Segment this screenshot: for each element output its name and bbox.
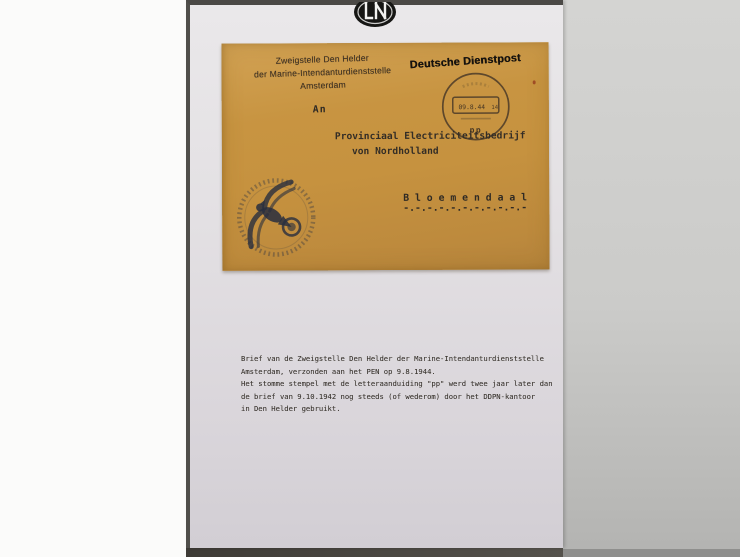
caption-line: Het stomme stempel met de letteraanduidi…: [241, 378, 561, 391]
caption-line: Brief van de Zweigstelle Den Helder der …: [241, 353, 561, 366]
sender-handstamp: Zweigstelle Den Helder der Marine-Intend…: [241, 51, 404, 95]
caption-line: de brief van 9.10.1942 nog steeds (of we…: [241, 391, 561, 404]
postmark-hour: 14: [491, 105, 498, 111]
photo-backdrop-right: [563, 0, 740, 557]
album-page: Zweigstelle Den Helder der Marine-Intend…: [186, 0, 563, 548]
monogram-logo-icon: [353, 2, 397, 29]
eagle-seal-stamp: [226, 167, 326, 267]
typed-caption: Brief van de Zweigstelle Den Helder der …: [241, 353, 561, 416]
deutsche-dienstpost-marking: Deutsche Dienstpost: [409, 52, 521, 71]
envelope: Zweigstelle Den Helder der Marine-Intend…: [222, 42, 550, 270]
address-region: von Nordholland: [352, 146, 439, 157]
stain-speck: [533, 80, 536, 84]
address-salutation: An: [313, 104, 327, 115]
address-recipient: Provinciaal Electriciteitsbedrijf: [335, 130, 526, 142]
postmark-date: 09.8.44: [458, 104, 485, 111]
photo-backdrop-bottom-edge: [186, 548, 563, 557]
caption-line: Amsterdam, verzonden aan het PEN op 9.8.…: [241, 366, 561, 379]
address-city-underline: -.-.-.-.-.-.-.-.-.-.-: [403, 202, 527, 214]
photo-backdrop-bottom-edge-right: [563, 549, 740, 557]
caption-line: in Den Helder gebruikt.: [241, 403, 561, 416]
